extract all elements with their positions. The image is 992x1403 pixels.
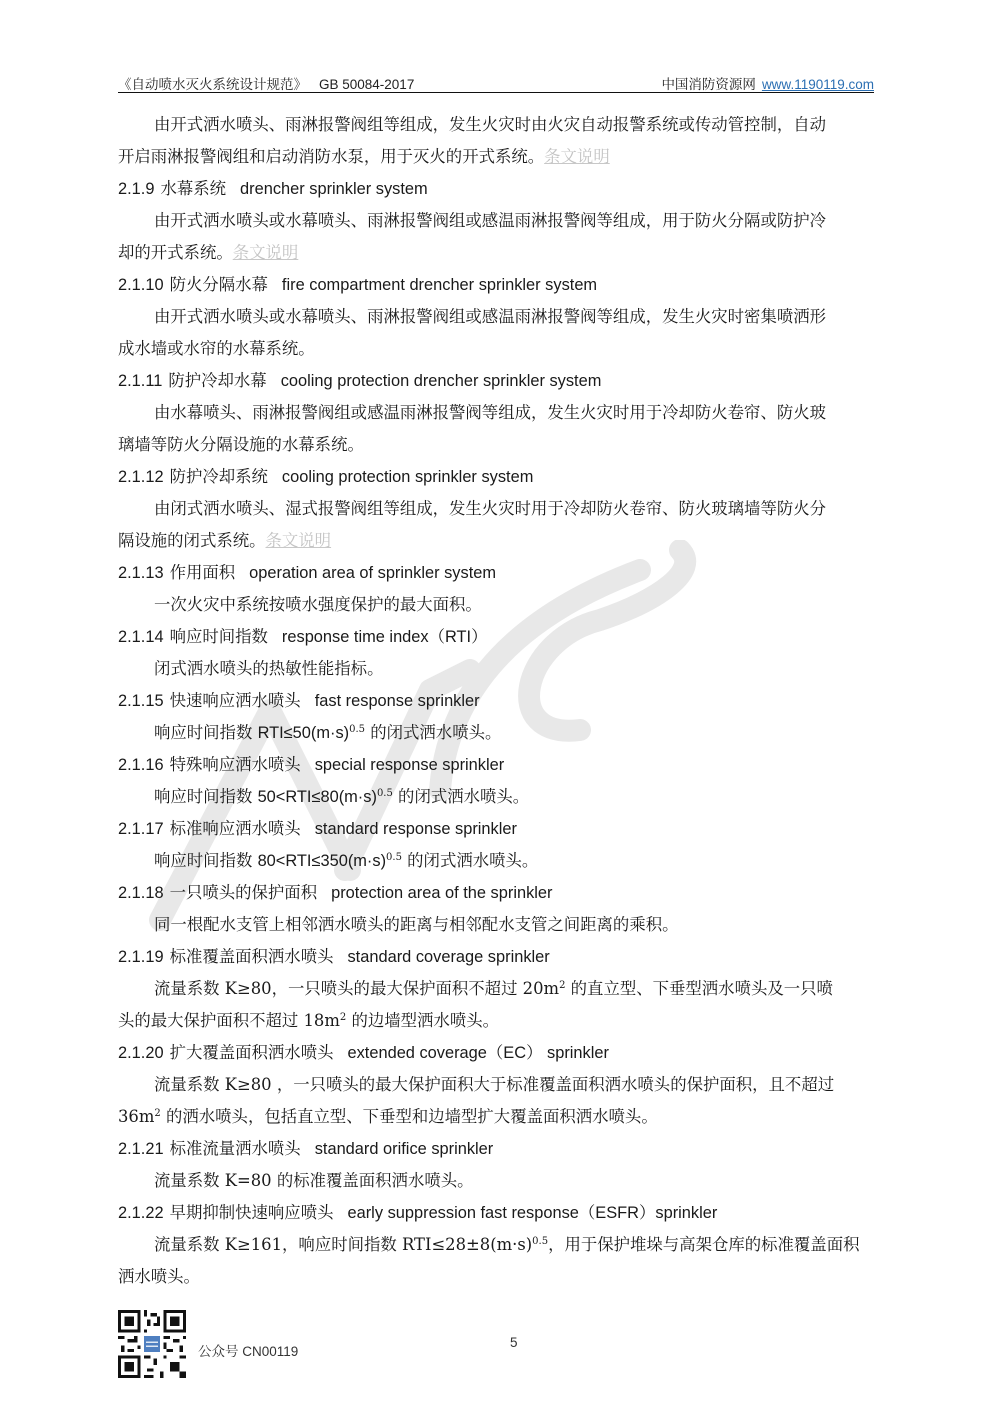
- definition-line: 36m2 的洒水喷头，包括直立型、下垂型和边墙型扩大覆盖面积洒水喷头。: [118, 1101, 874, 1133]
- term-heading: 2.1.14响应时间指数response time index（RTI）: [118, 621, 874, 653]
- definition-text: 璃墙等防火分隔设施的水幕系统。: [118, 435, 364, 454]
- definition-line: 响应时间指数 50<RTI≤80(m·s)0.5 的闭式洒水喷头。: [118, 781, 874, 813]
- term-num: 2.1.16: [118, 756, 164, 774]
- term-en: extended coverage（EC） sprinkler: [347, 1044, 608, 1062]
- definition-line: 由开式洒水喷头或水幕喷头、雨淋报警阀组或感温雨淋报警阀等组成，发生火灾时密集喷洒…: [118, 301, 874, 333]
- definition-text: 的闭式洒水喷头。: [402, 851, 538, 870]
- term-cn: 早期抑制快速响应喷头: [170, 1203, 334, 1222]
- definition-line: 流量系数 K=80 的标准覆盖面积洒水喷头。: [118, 1165, 874, 1197]
- term-en: standard orifice sprinkler: [315, 1140, 494, 1158]
- term-num: 2.1.19: [118, 948, 164, 966]
- explanation-link[interactable]: 条文说明: [233, 243, 299, 262]
- page-number: 5: [510, 1335, 518, 1350]
- definition-line: 开启雨淋报警阀组和启动消防水泵，用于灭火的开式系统。条文说明: [118, 141, 874, 173]
- definition-text: 的闭式洒水喷头。: [393, 787, 529, 806]
- definition-text: 成水墙或水帘的水幕系统。: [118, 339, 315, 358]
- definition-text: 流量系数 K=80 的标准覆盖面积洒水喷头。: [154, 1171, 474, 1190]
- definition-text: 由开式洒水喷头、雨淋报警阀组等组成，发生火灾时由火灾自动报警系统或传动管控制，自…: [154, 115, 826, 134]
- term-num: 2.1.18: [118, 884, 164, 902]
- term-en: protection area of the sprinkler: [331, 884, 552, 902]
- term-cn: 防火分隔水幕: [170, 275, 268, 294]
- definition-text: ，用于保护堆垛与高架仓库的标准覆盖面积: [548, 1235, 859, 1254]
- term-heading: 2.1.22早期抑制快速响应喷头early suppression fast r…: [118, 1197, 874, 1229]
- term-num: 2.1.21: [118, 1140, 164, 1158]
- term-heading: 2.1.17标准响应洒水喷头standard response sprinkle…: [118, 813, 874, 845]
- term-heading: 2.1.13作用面积operation area of sprinkler sy…: [118, 557, 874, 589]
- definition-text: 响应时间指数: [154, 851, 258, 870]
- definition-line: 响应时间指数 RTI≤50(m·s)0.5 的闭式洒水喷头。: [118, 717, 874, 749]
- explanation-link[interactable]: 条文说明: [266, 531, 332, 550]
- term-heading: 2.1.11防护冷却水幕cooling protection drencher …: [118, 365, 874, 397]
- definition-text: 开启雨淋报警阀组和启动消防水泵，用于灭火的开式系统。: [118, 147, 544, 166]
- definition-line: 流量系数 K≥161，响应时间指数 RTI≤28±8(m·s)0.5，用于保护堆…: [118, 1229, 874, 1261]
- term-en: standard coverage sprinkler: [347, 948, 549, 966]
- term-en: early suppression fast response（ESFR）spr…: [347, 1204, 717, 1222]
- definition-text: 由开式洒水喷头或水幕喷头、雨淋报警阀组或感温雨淋报警阀等组成，用于防火分隔或防护…: [154, 211, 826, 230]
- definition-text: 却的开式系统。: [118, 243, 233, 262]
- page-header: 《自动喷水灭火系统设计规范》GB 50084-2017 中国消防资源网www.1…: [118, 72, 874, 93]
- definition-text: 响应时间指数: [154, 787, 258, 806]
- header-site: 中国消防资源网www.1190119.com: [661, 73, 874, 93]
- term-heading: 2.1.21标准流量洒水喷头standard orifice sprinkler: [118, 1133, 874, 1165]
- definition-text: 36m: [118, 1107, 154, 1126]
- page-footer: 公众号 CN00119 5: [118, 1310, 874, 1380]
- term-cn: 一只喷头的保护面积: [170, 883, 318, 902]
- term-heading: 2.1.15快速响应洒水喷头fast response sprinkler: [118, 685, 874, 717]
- term-cn: 扩大覆盖面积洒水喷头: [170, 1043, 334, 1062]
- term-en: operation area of sprinkler system: [249, 564, 496, 582]
- definition-line: 一次火灾中系统按喷水强度保护的最大面积。: [118, 589, 874, 621]
- term-cn: 水幕系统: [160, 179, 226, 198]
- term-num: 2.1.22: [118, 1204, 164, 1222]
- wechat-account-label: 公众号 CN00119: [198, 1340, 298, 1360]
- term-heading: 2.1.20扩大覆盖面积洒水喷头extended coverage（EC） sp…: [118, 1037, 874, 1069]
- superscript: 0.5: [349, 724, 365, 735]
- definition-line: 由开式洒水喷头或水幕喷头、雨淋报警阀组或感温雨淋报警阀等组成，用于防火分隔或防护…: [118, 205, 874, 237]
- document-body: 由开式洒水喷头、雨淋报警阀组等组成，发生火灾时由火灾自动报警系统或传动管控制，自…: [118, 109, 874, 1293]
- term-en: fast response sprinkler: [315, 692, 480, 710]
- definition-text: 头的最大保护面积不超过 18m: [118, 1011, 340, 1030]
- header-code: GB 50084-2017: [319, 77, 414, 92]
- term-num: 2.1.9: [118, 180, 154, 198]
- definition-text: 由水幕喷头、雨淋报警阀组或感温雨淋报警阀等组成，发生火灾时用于冷却防火卷帘、防火…: [154, 403, 826, 422]
- term-num: 2.1.20: [118, 1044, 164, 1062]
- term-cn: 标准流量洒水喷头: [170, 1139, 301, 1158]
- definition-line: 头的最大保护面积不超过 18m2 的边墙型洒水喷头。: [118, 1005, 874, 1037]
- term-en: cooling protection drencher sprinkler sy…: [281, 372, 602, 390]
- term-cn: 标准覆盖面积洒水喷头: [170, 947, 334, 966]
- qr-code-icon: [118, 1310, 186, 1378]
- definition-text: 隔设施的闭式系统。: [118, 531, 266, 550]
- term-cn: 快速响应洒水喷头: [170, 691, 301, 710]
- term-heading: 2.1.18一只喷头的保护面积protection area of the sp…: [118, 877, 874, 909]
- term-en: standard response sprinkler: [315, 820, 517, 838]
- term-num: 2.1.15: [118, 692, 164, 710]
- term-en: response time index（RTI）: [282, 628, 488, 646]
- formula-text: 50<RTI≤80(m·s): [258, 788, 377, 806]
- definition-line: 却的开式系统。条文说明: [118, 237, 874, 269]
- definition-text: 的闭式洒水喷头。: [365, 723, 501, 742]
- term-en: cooling protection sprinkler system: [282, 468, 533, 486]
- formula-text: RTI≤50(m·s): [258, 724, 350, 742]
- term-en: drencher sprinkler system: [240, 180, 428, 198]
- term-cn: 特殊响应洒水喷头: [170, 755, 301, 774]
- superscript: 0.5: [377, 788, 393, 799]
- definition-line: 响应时间指数 80<RTI≤350(m·s)0.5 的闭式洒水喷头。: [118, 845, 874, 877]
- definition-line: 同一根配水支管上相邻洒水喷头的距离与相邻配水支管之间距离的乘积。: [118, 909, 874, 941]
- site-url-link[interactable]: www.1190119.com: [762, 77, 874, 92]
- term-cn: 防护冷却系统: [170, 467, 268, 486]
- definition-text: 的边墙型洒水喷头。: [346, 1011, 499, 1030]
- term-num: 2.1.10: [118, 276, 164, 294]
- definition-line: 隔设施的闭式系统。条文说明: [118, 525, 874, 557]
- definition-text: 一次火灾中系统按喷水强度保护的最大面积。: [154, 595, 482, 614]
- formula-text: 80<RTI≤350(m·s): [258, 852, 386, 870]
- definition-line: 流量系数 K≥80，一只喷头的最大保护面积不超过 20m2 的直立型、下垂型洒水…: [118, 973, 874, 1005]
- explanation-link[interactable]: 条文说明: [544, 147, 610, 166]
- term-cn: 防护冷却水幕: [168, 371, 266, 390]
- definition-text: 的洒水喷头，包括直立型、下垂型和边墙型扩大覆盖面积洒水喷头。: [161, 1107, 658, 1126]
- term-heading: 2.1.9水幕系统drencher sprinkler system: [118, 173, 874, 205]
- term-cn: 响应时间指数: [170, 627, 268, 646]
- definition-text: 流量系数 K≥80，一只喷头的最大保护面积不超过 20m: [154, 979, 559, 998]
- superscript: 0.5: [386, 852, 402, 863]
- definition-line: 璃墙等防火分隔设施的水幕系统。: [118, 429, 874, 461]
- definition-text: 的直立型、下垂型洒水喷头及一只喷: [565, 979, 832, 998]
- definition-text: 洒水喷头。: [118, 1267, 200, 1286]
- term-cn: 作用面积: [170, 563, 236, 582]
- definition-line: 流量系数 K≥80 ，一只喷头的最大保护面积大于标准覆盖面积洒水喷头的保护面积，…: [118, 1069, 874, 1101]
- header-title: 《自动喷水灭火系统设计规范》: [118, 77, 307, 92]
- definition-line: 闭式洒水喷头的热敏性能指标。: [118, 653, 874, 685]
- definition-line: 由水幕喷头、雨淋报警阀组或感温雨淋报警阀等组成，发生火灾时用于冷却防火卷帘、防火…: [118, 397, 874, 429]
- definition-text: 由闭式洒水喷头、湿式报警阀组等组成，发生火灾时用于冷却防火卷帘、防火玻璃墙等防火…: [154, 499, 826, 518]
- definition-text: 响应时间指数: [154, 723, 258, 742]
- definition-text: 流量系数 K≥80 ，一只喷头的最大保护面积大于标准覆盖面积洒水喷头的保护面积，…: [154, 1075, 834, 1094]
- term-num: 2.1.11: [118, 372, 162, 390]
- definition-line: 洒水喷头。: [118, 1261, 874, 1293]
- superscript: 0.5: [532, 1236, 548, 1247]
- term-heading: 2.1.10防火分隔水幕fire compartment drencher sp…: [118, 269, 874, 301]
- term-heading: 2.1.16特殊响应洒水喷头special response sprinkler: [118, 749, 874, 781]
- definition-line: 成水墙或水帘的水幕系统。: [118, 333, 874, 365]
- term-num: 2.1.13: [118, 564, 164, 582]
- term-en: fire compartment drencher sprinkler syst…: [282, 276, 597, 294]
- term-heading: 2.1.12防护冷却系统cooling protection sprinkler…: [118, 461, 874, 493]
- definition-text: 由开式洒水喷头或水幕喷头、雨淋报警阀组或感温雨淋报警阀等组成，发生火灾时密集喷洒…: [154, 307, 826, 326]
- term-num: 2.1.12: [118, 468, 164, 486]
- definition-line: 由闭式洒水喷头、湿式报警阀组等组成，发生火灾时用于冷却防火卷帘、防火玻璃墙等防火…: [118, 493, 874, 525]
- definition-text: 同一根配水支管上相邻洒水喷头的距离与相邻配水支管之间距离的乘积。: [154, 915, 679, 934]
- term-num: 2.1.14: [118, 628, 164, 646]
- header-doc-title: 《自动喷水灭火系统设计规范》GB 50084-2017: [118, 73, 414, 93]
- term-en: special response sprinkler: [315, 756, 505, 774]
- definition-text: 闭式洒水喷头的热敏性能指标。: [154, 659, 383, 678]
- definition-text: 流量系数 K≥161，响应时间指数 RTI≤28±8(m·s): [154, 1235, 532, 1254]
- definition-line: 由开式洒水喷头、雨淋报警阀组等组成，发生火灾时由火灾自动报警系统或传动管控制，自…: [118, 109, 874, 141]
- term-heading: 2.1.19标准覆盖面积洒水喷头standard coverage sprink…: [118, 941, 874, 973]
- term-cn: 标准响应洒水喷头: [170, 819, 301, 838]
- header-site-name: 中国消防资源网: [661, 77, 756, 92]
- term-num: 2.1.17: [118, 820, 164, 838]
